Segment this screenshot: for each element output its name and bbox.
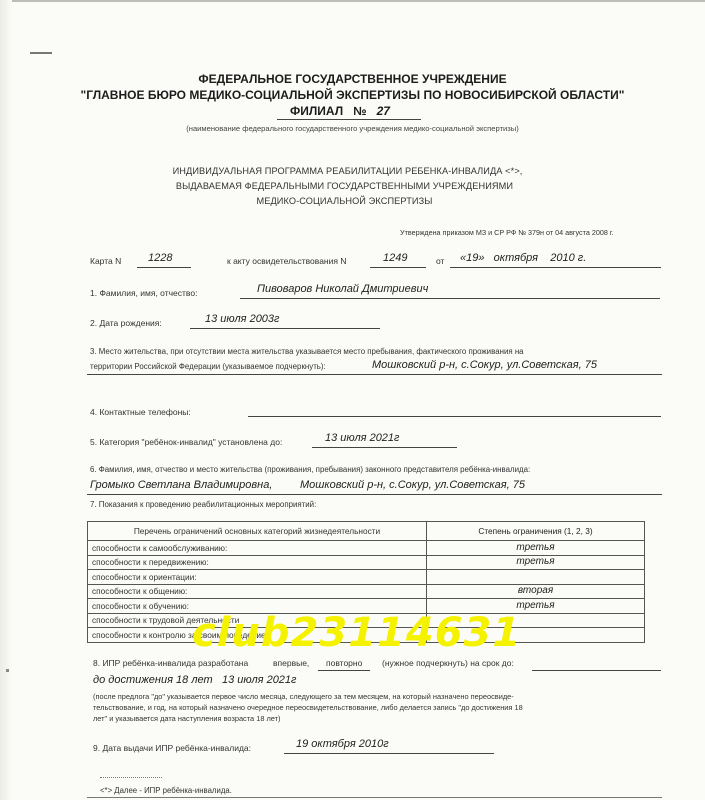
branch-number: 27 <box>377 104 390 118</box>
footnote: <*> Далее - ИПР ребёнка-инвалида. <box>100 786 232 795</box>
section-9-label: 9. Дата выдачи ИПР ребёнка-инвалида: <box>93 743 251 753</box>
act-number: 1249 <box>383 252 407 264</box>
org-title-line1: ФЕДЕРАЛЬНОЕ ГОСУДАРСТВЕННОЕ УЧРЕЖДЕНИЕ <box>0 72 705 86</box>
branch-label: ФИЛИАЛ <box>290 104 343 118</box>
table-cell-degree: третья <box>427 541 645 556</box>
program-title-line1: ИНДИВИДУАЛЬНАЯ ПРОГРАММА РЕАБИЛИТАЦИИ РЕ… <box>0 166 700 176</box>
table-cell-degree: вторая <box>427 584 645 599</box>
section-8-option-first: впервые, <box>273 658 309 668</box>
table-row: способности к общению: вторая <box>88 584 645 599</box>
table-row: способности к ориентации: <box>88 570 645 585</box>
section-8-value-term: до достижения 18 лет <box>93 674 213 686</box>
section-8-note-line1: (после предлога "до" указывается первое … <box>93 692 514 701</box>
approval-note: Утверждена приказом МЗ и СР РФ № 379н от… <box>400 228 614 237</box>
field-2-underline <box>190 328 380 329</box>
card-label: Карта N <box>90 256 121 266</box>
section-9-underline <box>284 753 494 754</box>
card-number: 1228 <box>148 252 172 264</box>
field-6-value-address: Мошковский р-н, с.Сокур, ул.Советская, 7… <box>300 479 525 491</box>
section-8-note-line3: лет" и указывается дата наступления возр… <box>93 714 281 723</box>
field-3-label-line2: территории Российской Федерации (указыва… <box>90 362 326 371</box>
section-8-option-underline <box>318 670 370 671</box>
table-cell-category: способности к передвижению: <box>88 555 427 570</box>
card-number-underline <box>137 267 191 268</box>
table-header-row: Перечень ограничений основных категорий … <box>88 522 645 541</box>
document-page: ФЕДЕРАЛЬНОЕ ГОСУДАРСТВЕННОЕ УЧРЕЖДЕНИЕ "… <box>0 0 705 800</box>
footnote-separator <box>100 777 162 778</box>
field-4-label: 4. Контактные телефоны: <box>90 407 191 417</box>
field-3-label-line1: 3. Место жительства, при отсутствии мест… <box>90 347 524 356</box>
section-8-value-date: 13 июля 2021г <box>222 674 296 686</box>
table-cell-category: способности к общению: <box>88 584 427 599</box>
section-8-note-line2: тельствование, и год, на который назначе… <box>93 703 523 712</box>
field-3-underline <box>87 374 662 375</box>
act-from-label: от <box>436 256 444 266</box>
table-header-category: Перечень ограничений основных категорий … <box>88 522 427 541</box>
field-6-label: 6. Фамилия, имя, отчество и место житель… <box>90 465 530 474</box>
table-cell-category: способности к самообслуживанию: <box>88 541 427 556</box>
table-row: способности к самообслуживанию: третья <box>88 541 645 556</box>
field-6-value-name: Громыко Светлана Владимировна, <box>90 479 272 491</box>
section-8-hint: (нужное подчеркнуть) на срок до: <box>382 658 514 668</box>
act-label: к акту освидетельствования N <box>227 256 346 266</box>
table-header-degree: Степень ограничения (1, 2, 3) <box>427 522 645 541</box>
org-caption: (наименование федерального государственн… <box>0 124 705 133</box>
program-title-line3: МЕДИКО-СОЦИАЛЬНОЙ ЭКСПЕРТИЗЫ <box>0 196 697 206</box>
footnote-bottom-line <box>87 797 662 798</box>
field-2-label: 2. Дата рождения: <box>90 318 162 328</box>
watermark: club23114631 <box>192 610 521 656</box>
section-8-term-underline <box>532 670 661 671</box>
table-cell-degree: третья <box>427 555 645 570</box>
scan-mark <box>30 52 52 54</box>
section-8-option-repeat: повторно <box>326 658 362 668</box>
field-6-underline <box>87 494 662 495</box>
org-title-line2: "ГЛАВНОЕ БЮРО МЕДИКО-СОЦИАЛЬНОЙ ЭКСПЕРТИ… <box>0 88 705 102</box>
act-number-underline <box>370 267 426 268</box>
table-row: способности к передвижению: третья <box>88 555 645 570</box>
section-9-value: 19 октября 2010г <box>296 738 389 750</box>
field-1-underline <box>240 298 660 299</box>
branch-underline <box>277 119 421 120</box>
field-3-value: Мошковский р-н, с.Сокур, ул.Советская, 7… <box>372 359 597 371</box>
field-2-value: 13 июля 2003г <box>205 313 279 325</box>
scan-left-edge <box>0 0 12 800</box>
field-7-label: 7. Показания к проведению реабилитационн… <box>90 500 316 509</box>
field-1-label: 1. Фамилия, имя, отчество: <box>90 288 197 298</box>
section-8-label: 8. ИПР ребёнка-инвалида разработана <box>93 658 248 668</box>
field-5-label: 5. Категория "ребёнок-инвалид" установле… <box>90 437 282 447</box>
field-1-value: Пивоваров Николай Дмитриевич <box>257 283 428 295</box>
branch-no-sign: № <box>353 104 366 118</box>
scan-dot <box>6 669 9 672</box>
scan-top-edge <box>0 0 705 2</box>
act-date: «19» октября 2010 г. <box>460 252 586 264</box>
act-date-underline <box>450 267 661 268</box>
table-cell-degree <box>427 570 645 585</box>
branch-line: ФИЛИАЛ № 27 <box>290 104 390 118</box>
table-cell-category: способности к ориентации: <box>88 570 427 585</box>
field-5-value: 13 июля 2021г <box>325 432 399 444</box>
field-5-underline <box>312 447 457 448</box>
field-4-underline <box>248 416 661 417</box>
program-title-line2: ВЫДАВАЕМАЯ ФЕДЕРАЛЬНЫМИ ГОСУДАРСТВЕННЫМИ… <box>0 181 697 191</box>
